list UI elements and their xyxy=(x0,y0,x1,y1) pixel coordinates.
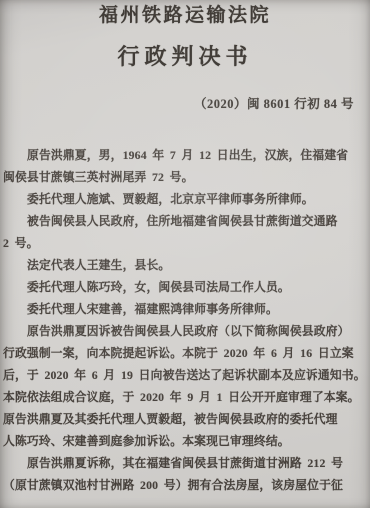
document-line: 闽侯县甘蔗镇三英村洲尾弄 72 号。 xyxy=(3,166,367,188)
document-line: 委托代理人陈巧玲，女，闽侯县司法局工作人员。 xyxy=(3,276,367,298)
judgment-document-page: 福州铁路运输法院 行政判决书 （2020）闽 8601 行初 84 号 原告洪鼎… xyxy=(0,0,370,508)
document-line: 原告洪鼎夏及其委托代理人贾毅超，被告闽侯县政府的委托代理 xyxy=(3,408,367,430)
court-name: 福州铁路运输法院 xyxy=(0,0,370,28)
case-number: （2020）闽 8601 行初 84 号 xyxy=(0,97,370,111)
document-line: 本院依法组成合议庭，于 2020 年 9 月 1 日公开开庭审理了本案。 xyxy=(3,386,367,408)
document-line: 原告洪鼎夏因诉被告闽侯县人民政府（以下简称闽侯县政府） xyxy=(3,320,367,342)
document-line: 后，于 2020 年 6 月 19 日向被告送达了起诉状副本及应诉通知书。 xyxy=(3,364,367,386)
document-line: 委托代理人宋建善，福建熙鸿律师事务所律师。 xyxy=(3,298,367,320)
document-line: 人陈巧玲、宋建善到庭参加诉讼。本案现已审理终结。 xyxy=(3,430,367,452)
document-line: 法定代表人王建生，县长。 xyxy=(3,254,367,276)
document-title: 行政判决书 xyxy=(0,44,370,70)
document-body: 原告洪鼎夏，男，1964 年 7 月 12 日出生，汉族，住福建省闽侯县甘蔗镇三… xyxy=(3,144,367,496)
document-line: 被告闽侯县人民政府，住所地福建省闽侯县甘蔗街道交通路 xyxy=(3,210,367,232)
document-line: 原告洪鼎夏，男，1964 年 7 月 12 日出生，汉族，住福建省 xyxy=(3,144,367,166)
document-line: （原甘蔗镇双池村甘洲路 200 号）拥有合法房屋，该房屋位于征 xyxy=(3,474,367,496)
document-line: 委托代理人施斌、贾毅超，北京京平律师事务所律师。 xyxy=(3,188,367,210)
document-line: 原告洪鼎夏诉称，其在福建省闽侯县甘蔗街道甘洲路 212 号 xyxy=(3,452,367,474)
document-line: 行政强制一案，向本院提起诉讼。本院于 2020 年 6 月 16 日立案 xyxy=(3,342,367,364)
document-line: 2 号。 xyxy=(3,232,367,254)
